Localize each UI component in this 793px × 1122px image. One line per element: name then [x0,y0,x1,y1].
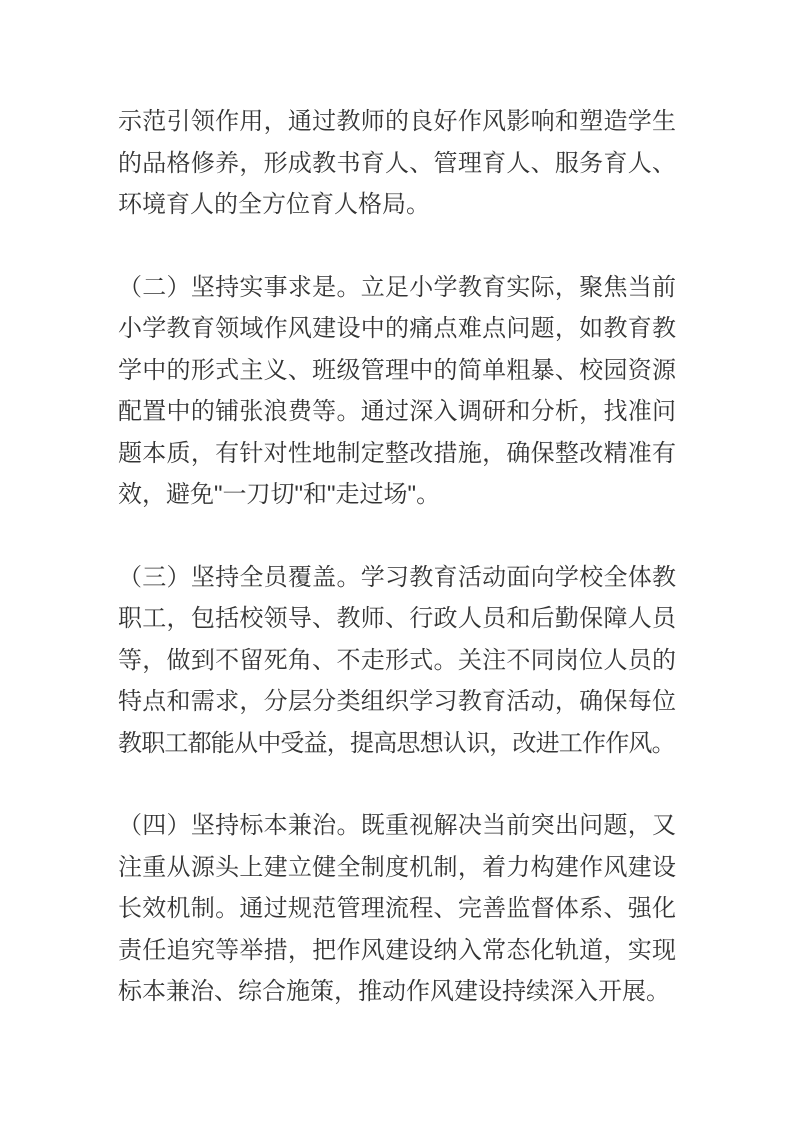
text-line: 教职工都能从中受益，提高思想认识，改进工作作风。 [118,723,676,765]
paragraph-item-two: （二）坚持实事求是。立足小学教育实际，聚焦当前 小学教育领域作风建设中的痛点难点… [118,267,676,516]
text-line: 职工，包括校领导、教师、行政人员和后勤保障人员 [118,598,676,640]
text-line: 注重从源头上建立健全制度机制，着力构建作风建设 [118,847,676,889]
text-line: 学中的形式主义、班级管理中的简单粗暴、校园资源 [118,350,676,392]
text-line: 的品格修养，形成教书育人、管理育人、服务育人、 [118,143,676,185]
text-line: （三）坚持全员覆盖。学习教育活动面向学校全体教 [118,557,676,599]
paragraph-item-four: （四）坚持标本兼治。既重视解决当前突出问题，又 注重从源头上建立健全制度机制，着… [118,805,676,1013]
text-line: （二）坚持实事求是。立足小学教育实际，聚焦当前 [118,267,676,309]
text-line: 特点和需求，分层分类组织学习教育活动，确保每位 [118,681,676,723]
text-line: 长效机制。通过规范管理流程、完善监督体系、强化 [118,888,676,930]
text-line: 配置中的铺张浪费等。通过深入调研和分析，找准问 [118,391,676,433]
text-line: 等，做到不留死角、不走形式。关注不同岗位人员的 [118,640,676,682]
document-page: 示范引领作用，通过教师的良好作风影响和塑造学生 的品格修养，形成教书育人、管理育… [0,0,793,1122]
text-line: （四）坚持标本兼治。既重视解决当前突出问题，又 [118,805,676,847]
text-line: 示范引领作用，通过教师的良好作风影响和塑造学生 [118,101,676,143]
text-line: 标本兼治、综合施策，推动作风建设持续深入开展。 [118,971,676,1013]
text-line: 环境育人的全方位育人格局。 [118,184,676,226]
paragraph-continuation: 示范引领作用，通过教师的良好作风影响和塑造学生 的品格修养，形成教书育人、管理育… [118,101,676,226]
text-line: 效，避免"一刀切"和"走过场"。 [118,474,676,516]
text-line: 责任追究等举措，把作风建设纳入常态化轨道，实现 [118,930,676,972]
paragraph-item-three: （三）坚持全员覆盖。学习教育活动面向学校全体教 职工，包括校领导、教师、行政人员… [118,557,676,765]
text-line: 小学教育领域作风建设中的痛点难点问题，如教育教 [118,308,676,350]
text-line: 题本质，有针对性地制定整改措施，确保整改精准有 [118,433,676,475]
